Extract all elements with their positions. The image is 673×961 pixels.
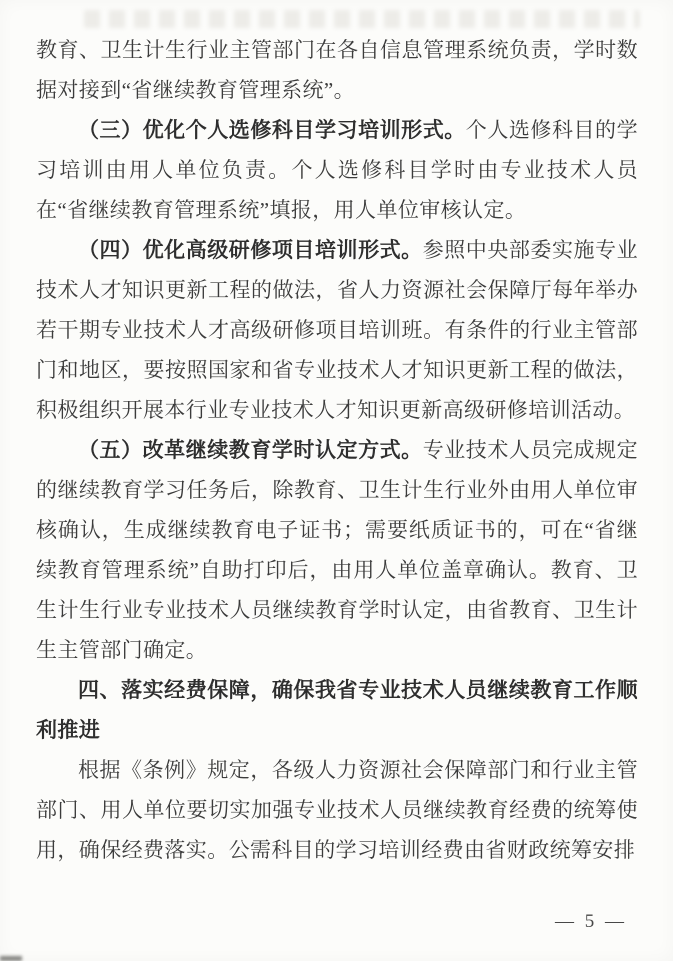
paragraph-item-5: （五）改革继续教育学时认定方式。专业技术人员完成规定的继续教育学习任务后，除教育…	[36, 430, 638, 670]
scan-artifact	[0, 956, 22, 961]
document-page: 教育、卫生计生行业主管部门在各自信息管理系统负责，学时数据对接到“省继续教育管理…	[0, 0, 673, 961]
section-heading-4: 四、落实经费保障，确保我省专业技术人员继续教育工作顺利推进	[36, 670, 638, 750]
bleed-through-text	[84, 10, 640, 28]
page-number: — 5 —	[555, 911, 627, 933]
paragraph-lead: （四）优化高级研修项目培训形式。	[78, 238, 423, 262]
paragraph-text: 专业技术人员完成规定的继续教育学习任务后，除教育、卫生计生行业外由用人单位审核确…	[36, 438, 638, 662]
paragraph-funding: 根据《条例》规定，各级人力资源社会保障部门和行业主管部门、用人单位要切实加强专业…	[36, 750, 638, 870]
paragraph-continuation: 教育、卫生计生行业主管部门在各自信息管理系统负责，学时数据对接到“省继续教育管理…	[36, 30, 638, 110]
paragraph-item-4: （四）优化高级研修项目培训形式。参照中央部委实施专业技术人才知识更新工程的做法，…	[36, 230, 638, 430]
section-heading-text: 四、落实经费保障，确保我省专业技术人员继续教育工作顺利推进	[36, 678, 638, 742]
paragraph-lead: （三）优化个人选修科目学习培训形式。	[78, 118, 466, 142]
document-body: 教育、卫生计生行业主管部门在各自信息管理系统负责，学时数据对接到“省继续教育管理…	[36, 30, 638, 870]
paragraph-item-3: （三）优化个人选修科目学习培训形式。个人选修科目的学习培训由用人单位负责。个人选…	[36, 110, 638, 230]
paragraph-text: 教育、卫生计生行业主管部门在各自信息管理系统负责，学时数据对接到“省继续教育管理…	[36, 38, 638, 102]
paragraph-lead: （五）改革继续教育学时认定方式。	[78, 438, 423, 462]
paragraph-text: 参照中央部委实施专业技术人才知识更新工程的做法，省人力资源社会保障厅每年举办若干…	[36, 238, 638, 422]
paragraph-text: 根据《条例》规定，各级人力资源社会保障部门和行业主管部门、用人单位要切实加强专业…	[36, 758, 638, 862]
